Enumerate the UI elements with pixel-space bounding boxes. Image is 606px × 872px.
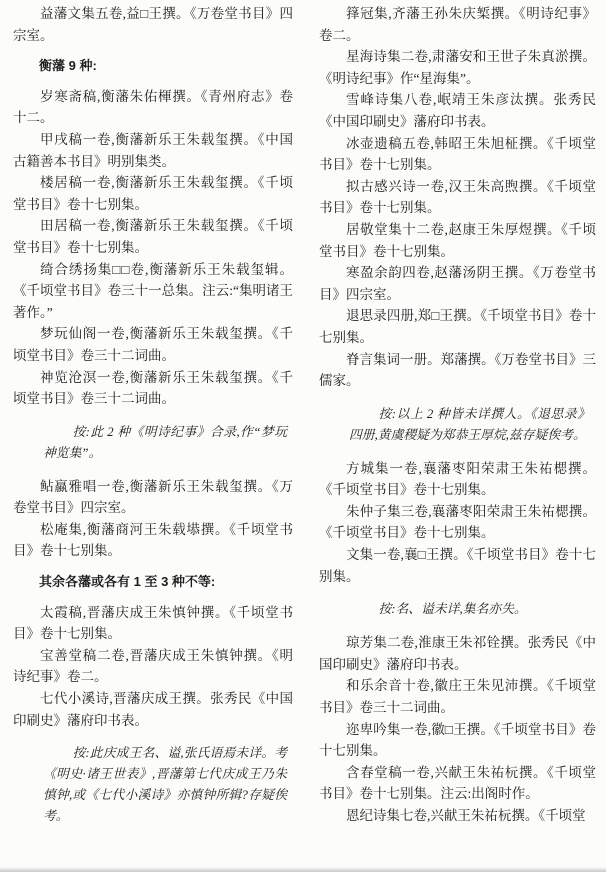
text-paragraph: 迩卑吟集一卷,徽□王撰。《千顷堂书目》卷十七别集。 bbox=[319, 719, 596, 762]
text-paragraph: 退思录四册,郑□王撰。《千顷堂书目》卷十七别集。 bbox=[319, 305, 596, 348]
text-paragraph: 居敬堂集十二卷,赵康王朱厚煜撰。《千顷堂书目》卷十七别集。 bbox=[319, 219, 596, 262]
text-paragraph: 雪峰诗集八卷,岷靖王朱彦汰撰。张秀民《中国印刷史》藩府印书表。 bbox=[319, 89, 596, 132]
text-paragraph: 星海诗集二卷,肃藩安和王世子朱真淤撰。《明诗纪事》作“星海集”。 bbox=[319, 46, 596, 89]
text-paragraph: 梦玩仙阁一卷,衡藩新乐王朱载玺撰。《千顷堂书目》卷三十二词曲。 bbox=[13, 323, 293, 366]
editor-note: 按:此庆成王名、谥,张氏语焉未详。考《明史·诸王世表》,晋藩第七代庆成王乃朱慎钟… bbox=[43, 743, 287, 827]
page-bottom-edge bbox=[0, 867, 606, 872]
text-paragraph: 宝善堂稿二卷,晋藩庆成王朱慎钟撰。《明诗纪事》卷二。 bbox=[13, 645, 293, 688]
text-paragraph: 神览沧溟一卷,衡藩新乐王朱载玺撰。《千顷堂书目》卷三十二词曲。 bbox=[13, 367, 293, 410]
left-column: 益藩文集五卷,益□王撰。《万卷堂书目》四宗室。 衡藩 9 种: 岁寒斋稿,衡藩朱… bbox=[13, 3, 305, 872]
text-paragraph: 绮合绣扬集□□卷,衡藩新乐王朱载玺辑。《千顷堂书目》卷三十一总集。注云:“集明诸… bbox=[13, 259, 293, 324]
text-paragraph: 寒盈余韵四卷,赵藩汤阴王撰。《万卷堂书目》四宗室。 bbox=[319, 262, 596, 305]
editor-note: 按:以上 2 种皆未详撰人。《退思录》四册,黄虞稷疑为郑恭王厚烷,兹存疑俟考。 bbox=[349, 404, 590, 446]
text-paragraph: 七代小溪诗,晋藩庆成王撰。张秀民《中国印刷史》藩府印书表。 bbox=[13, 688, 293, 731]
text-paragraph: 益藩文集五卷,益□王撰。《万卷堂书目》四宗室。 bbox=[13, 3, 293, 46]
editor-note: 按:此 2 种《明诗纪事》合录,作“梦玩神览集”。 bbox=[43, 422, 287, 464]
editor-note: 按:名、谥未详,集名亦失。 bbox=[349, 599, 590, 620]
text-paragraph: 和乐余音十卷,徽庄王朱见沛撰。《千顷堂书目》卷三十二词曲。 bbox=[319, 675, 596, 718]
text-paragraph: 箨冠集,齐藩王孙朱庆椠撰。《明诗纪事》卷二。 bbox=[319, 3, 596, 46]
text-paragraph: 文集一卷,襄□王撰。《千顷堂书目》卷十七别集。 bbox=[319, 544, 596, 587]
text-paragraph: 恩纪诗集七卷,兴献王朱祐杬撰。《千顷堂 bbox=[319, 805, 596, 827]
text-paragraph: 鲇蠃雅唱一卷,衡藩新乐王朱载玺撰。《万卷堂书目》四宗室。 bbox=[13, 476, 293, 519]
section-heading: 衡藩 9 种: bbox=[13, 55, 293, 77]
text-paragraph: 朱仲子集三卷,襄藩枣阳荣肃王朱祐楒撰。《千顷堂书目》卷十七别集。 bbox=[319, 501, 596, 544]
right-column: 箨冠集,齐藩王孙朱庆椠撰。《明诗纪事》卷二。 星海诗集二卷,肃藩安和王世子朱真淤… bbox=[305, 3, 596, 872]
text-paragraph: 甲戌稿一卷,衡藩新乐王朱载玺撰。《中国古籍善本书目》明别集类。 bbox=[13, 129, 293, 172]
text-paragraph: 田居稿一卷,衡藩新乐王朱载玺撰。《千顷堂书目》卷十七别集。 bbox=[13, 215, 293, 258]
section-heading: 其余各藩或各有 1 至 3 种不等: bbox=[13, 571, 293, 593]
text-paragraph: 冰壶遗稿五卷,韩昭王朱旭柾撰。《千顷堂书目》卷十七别集。 bbox=[319, 133, 596, 176]
document-page: 益藩文集五卷,益□王撰。《万卷堂书目》四宗室。 衡藩 9 种: 岁寒斋稿,衡藩朱… bbox=[0, 0, 606, 872]
text-paragraph: 含春堂稿一卷,兴献王朱祐杬撰。《千顷堂书目》卷十七别集。注云:出阁时作。 bbox=[319, 762, 596, 805]
text-paragraph: 脊言集词一册。郑藩撰。《万卷堂书目》三儒家。 bbox=[319, 349, 596, 392]
text-paragraph: 楼居稿一卷,衡藩新乐王朱载玺撰。《千顷堂书目》卷十七别集。 bbox=[13, 172, 293, 215]
text-paragraph: 琼芳集二卷,淮康王朱祁铨撰。张秀民《中国印刷史》藩府印书表。 bbox=[319, 632, 596, 675]
text-paragraph: 太霞稿,晋藩庆成王朱慎钟撰。《千顷堂书目》卷十七别集。 bbox=[13, 602, 293, 645]
text-paragraph: 岁寒斋稿,衡藩朱佑楎撰。《青州府志》卷十二。 bbox=[13, 86, 293, 129]
text-paragraph: 松庵集,衡藩商河王朱载塨撰。《千顷堂书目》卷十七别集。 bbox=[13, 519, 293, 562]
text-paragraph: 方城集一卷,襄藩枣阳荣肃王朱祐楒撰。《千顷堂书目》卷十七别集。 bbox=[319, 458, 596, 501]
text-paragraph: 拟古感兴诗一卷,汉王朱高煦撰。《千顷堂书目》卷十七别集。 bbox=[319, 176, 596, 219]
